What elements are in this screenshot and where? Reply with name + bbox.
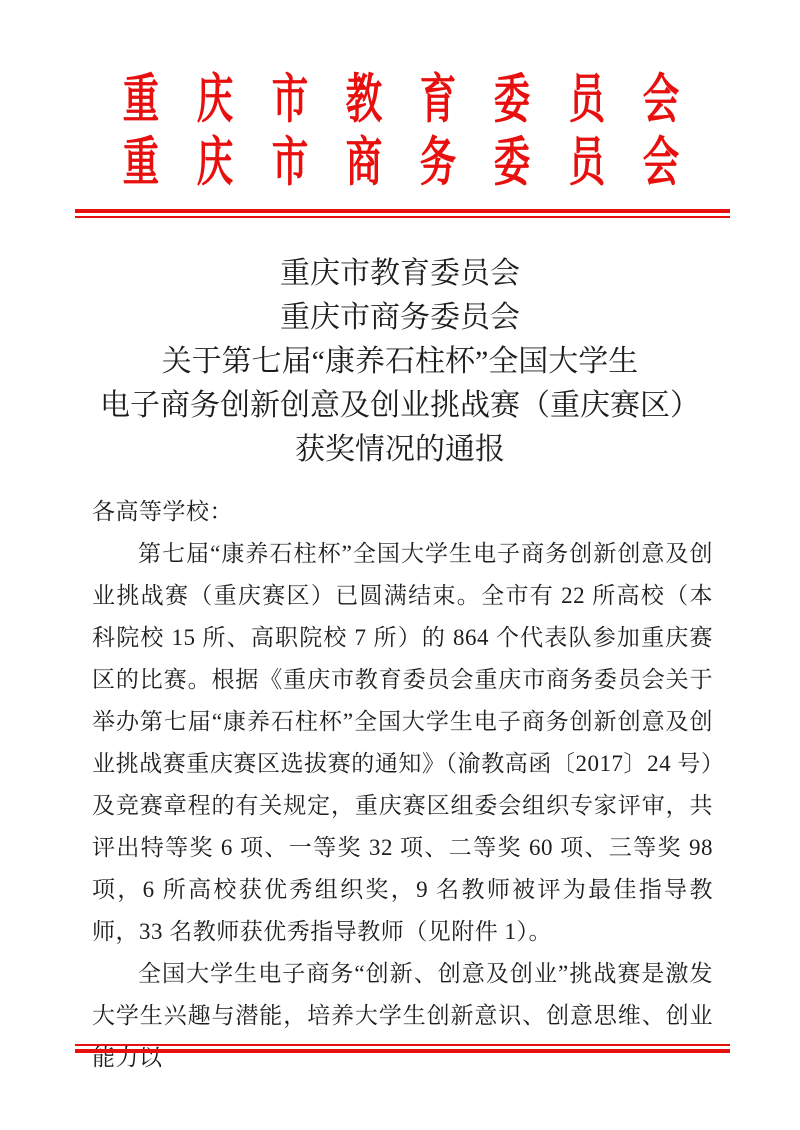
letterhead-character: 庆 — [197, 135, 233, 192]
letterhead-character: 市 — [271, 72, 307, 129]
letterhead-line-education-commission: 重庆市教育委员会 — [115, 72, 687, 135]
letterhead-character: 商 — [346, 135, 382, 192]
title-line-issuer-1: 重庆市教育委员会 — [0, 252, 800, 296]
body-paragraph-2: 全国大学生电子商务“创新、创意及创业”挑战赛是激发大学生兴趣与潜能，培养大学生创… — [92, 953, 713, 1079]
document-body: 各高等学校： 第七届“康养石柱杯”全国大学生电子商务创新创意及创业挑战赛（重庆赛… — [92, 491, 713, 1079]
header-rule-thick-bar — [75, 209, 730, 213]
letterhead-character: 务 — [420, 135, 456, 192]
title-line-subject-2: 电子商务创新创意及创业挑战赛（重庆赛区） — [0, 384, 800, 428]
document-page: 重庆市教育委员会 重庆市商务委员会 重庆市教育委员会 重庆市商务委员会 关于第七… — [0, 0, 800, 1130]
footer-rule-thick-bar — [75, 1049, 730, 1053]
salutation: 各高等学校： — [92, 491, 713, 533]
footer-double-rule — [75, 1044, 730, 1053]
header-rule-thin-bar — [75, 216, 730, 218]
header-double-rule — [75, 209, 730, 218]
letterhead-character: 育 — [420, 72, 456, 129]
letterhead-character: 员 — [568, 135, 604, 192]
letterhead: 重庆市教育委员会 重庆市商务委员会 — [115, 72, 687, 198]
body-paragraph-1: 第七届“康养石柱杯”全国大学生电子商务创新创意及创业挑战赛（重庆赛区）已圆满结束… — [92, 533, 713, 953]
letterhead-line-commerce-commission: 重庆市商务委员会 — [115, 135, 687, 198]
document-title: 重庆市教育委员会 重庆市商务委员会 关于第七届“康养石柱杯”全国大学生 电子商务… — [0, 252, 800, 472]
letterhead-character: 会 — [643, 135, 679, 192]
footer-rule-thin-bar — [75, 1044, 730, 1046]
letterhead-character: 重 — [123, 72, 159, 129]
title-line-issuer-2: 重庆市商务委员会 — [0, 296, 800, 340]
letterhead-character: 庆 — [197, 72, 233, 129]
letterhead-character: 委 — [494, 72, 530, 129]
letterhead-character: 员 — [568, 72, 604, 129]
letterhead-character: 会 — [643, 72, 679, 129]
title-line-subject-3: 获奖情况的通报 — [0, 428, 800, 472]
title-line-subject-1: 关于第七届“康养石柱杯”全国大学生 — [0, 340, 800, 384]
letterhead-character: 委 — [494, 135, 530, 192]
letterhead-character: 市 — [271, 135, 307, 192]
letterhead-character: 重 — [123, 135, 159, 192]
letterhead-character: 教 — [346, 72, 382, 129]
